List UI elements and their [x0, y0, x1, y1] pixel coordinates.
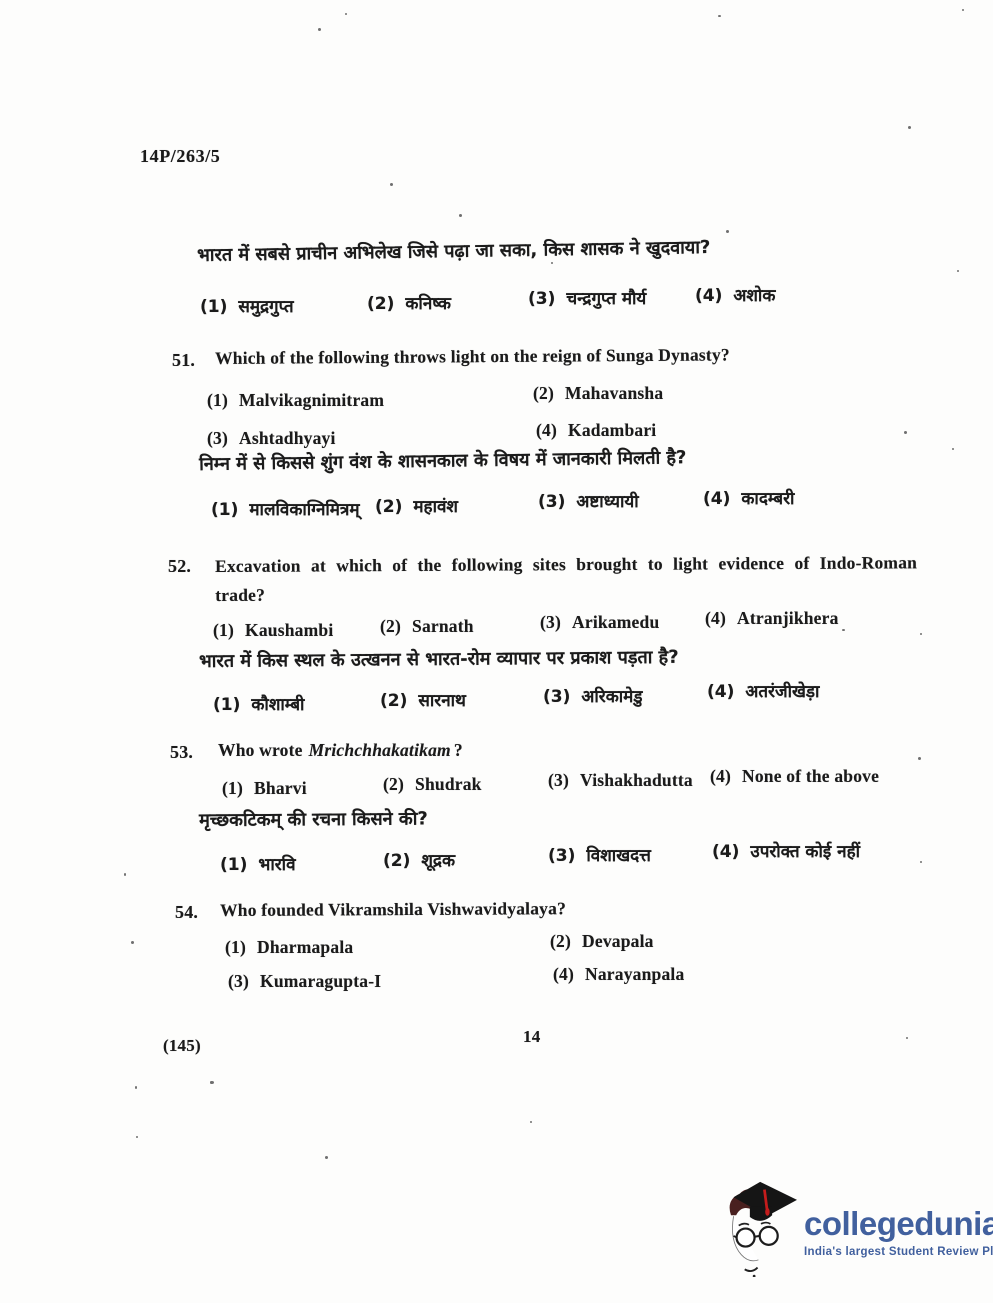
q50-option-2: (2)कनिष्क: [367, 291, 451, 314]
option-number: (2): [380, 616, 401, 637]
q54-option-4: (4)Narayanpala: [553, 964, 684, 985]
option-text: Vishakhadutta: [580, 770, 693, 790]
option-text: उपरोक्त कोई नहीं: [750, 842, 860, 862]
option-number: (3): [207, 428, 228, 449]
option-number: (3): [540, 612, 561, 633]
question-51-number: 51.: [172, 350, 195, 371]
question-53-english-text: Who wroteMrichchhakatikam?: [218, 740, 463, 761]
q51-hi-option-4: (4)कादम्बरी: [703, 486, 794, 509]
option-number: (4): [705, 608, 726, 629]
scan-speck: [318, 28, 321, 31]
scan-speck: [210, 1081, 214, 1084]
option-number: (3): [548, 846, 575, 866]
option-text: Sarnath: [412, 616, 474, 636]
question-54-number: 54.: [175, 902, 198, 923]
q53-en-option-2: (2)Shudrak: [383, 774, 482, 795]
scan-speck: [957, 270, 959, 272]
q50-option-4: (4)अशोक: [695, 283, 775, 306]
option-text: Narayanpala: [585, 964, 684, 984]
scan-speck: [390, 183, 393, 186]
q52-hi-option-1: (1)कौशाम्बी: [213, 692, 304, 715]
option-number: (1): [200, 297, 227, 317]
scan-speck: [906, 1037, 908, 1039]
mascot-glasses-icon: [737, 1229, 755, 1247]
scan-speck: [952, 448, 954, 450]
q53-hi-option-2: (2)शूद्रक: [383, 848, 455, 871]
option-text: अतरंजीखेड़ा: [745, 682, 819, 702]
q52-hi-option-4: (4)अतरंजीखेड़ा: [707, 679, 819, 702]
q52-en-option-2: (2)Sarnath: [380, 616, 474, 637]
question-51-hindi-text: निम्न में से किससे शुंग वंश के शासनकाल क…: [199, 445, 687, 476]
q51-en-option-3: (3)Ashtadhyayi: [207, 428, 336, 449]
question-52-hindi-text: भारत में किस स्थल के उत्खनन से भारत-रोम …: [199, 645, 679, 673]
option-number: (3): [538, 492, 565, 512]
option-text: Mahavansha: [565, 383, 663, 403]
option-text: अरिकामेडु: [581, 687, 642, 707]
option-number: (4): [553, 964, 574, 985]
q52-hi-option-2: (2)सारनाथ: [380, 688, 466, 711]
scan-speck: [459, 214, 462, 217]
scan-speck: [920, 861, 922, 863]
scan-speck: [718, 15, 721, 17]
logo-brand-text: collegedunia: [804, 1207, 993, 1240]
option-text: Ashtadhyayi: [239, 428, 336, 448]
paper-code: 14P/263/5: [140, 146, 220, 167]
collegedunia-logo: collegedunia .com India's largest Studen…: [722, 1181, 993, 1277]
option-number: (3): [228, 971, 249, 992]
q53-hi-option-3: (3)विशाखदत्त: [548, 843, 651, 866]
option-text: भारवि: [258, 855, 295, 875]
q53-hi-option-4: (4)उपरोक्त कोई नहीं: [712, 839, 860, 862]
scan-speck: [920, 633, 922, 635]
q52-hi-option-3: (3)अरिकामेडु: [543, 684, 642, 707]
q51-hi-option-3: (3)अष्टाध्यायी: [538, 489, 639, 512]
scan-speck: [124, 873, 126, 876]
option-number: (1): [222, 778, 243, 799]
option-number: (1): [211, 500, 238, 520]
option-number: (3): [548, 770, 569, 791]
option-text: None of the above: [742, 766, 879, 786]
scan-speck: [962, 9, 964, 11]
q53-en-option-3: (3)Vishakhadutta: [548, 770, 693, 791]
question-53-book-title: Mrichchhakatikam: [309, 740, 451, 760]
question-53-number: 53.: [170, 742, 193, 763]
option-text: सारनाथ: [418, 691, 466, 711]
option-number: (1): [213, 620, 234, 641]
option-text: शूद्रक: [421, 851, 455, 871]
option-text: Bharvi: [254, 778, 307, 798]
question-53-prefix: Who wrote: [218, 740, 303, 760]
option-text: कौशाम्बी: [251, 695, 304, 715]
option-number: (1): [220, 855, 247, 875]
option-text: अष्टाध्यायी: [576, 492, 638, 512]
option-number: (3): [543, 687, 570, 707]
q52-en-option-4: (4)Atranjikhera: [705, 608, 839, 629]
option-number: (2): [380, 691, 407, 711]
logo-tagline: India's largest Student Review Platform: [804, 1246, 993, 1258]
q52-en-option-3: (3)Arikamedu: [540, 612, 659, 633]
option-text: चन्द्रगुप्त मौर्य: [566, 289, 646, 309]
scan-speck: [136, 1136, 138, 1138]
option-text: महावंश: [413, 497, 458, 517]
option-number: (2): [550, 931, 571, 952]
question-52-english-text: Excavation at which of the following sit…: [215, 548, 917, 610]
option-text: Kumaragupta-I: [260, 971, 381, 991]
scan-speck: [135, 1086, 137, 1089]
question-53-hindi-text: मृच्छकटिकम् की रचना किसने की?: [199, 806, 428, 832]
scan-speck: [908, 126, 911, 129]
option-text: Kadambari: [568, 420, 656, 440]
option-text: कादम्बरी: [741, 489, 794, 509]
q53-en-option-1: (1)Bharvi: [222, 778, 307, 799]
page-number: 14: [523, 1027, 540, 1047]
option-text: मालविकाग्निमित्रम्: [249, 500, 359, 520]
option-text: समुद्रगुप्त: [238, 297, 293, 317]
option-number: (2): [367, 294, 394, 314]
option-number: (1): [225, 937, 246, 958]
option-text: कनिष्क: [405, 294, 451, 314]
option-text: Atranjikhera: [737, 608, 839, 628]
question-52-number: 52.: [168, 556, 191, 577]
option-number: (4): [536, 420, 557, 441]
option-number: (4): [703, 489, 730, 509]
scan-speck: [842, 629, 845, 631]
question-54-english-text: Who founded Vikramshila Vishwavidyalaya?: [220, 898, 566, 921]
option-number: (3): [528, 289, 555, 309]
option-number: (4): [707, 682, 734, 702]
booklet-code: (145): [163, 1036, 201, 1056]
question-50-hindi-text: भारत में सबसे प्राचीन अभिलेख जिसे पढ़ा ज…: [197, 235, 711, 267]
q51-en-option-2: (2)Mahavansha: [533, 383, 663, 404]
exam-paper-page: 14P/263/5 भारत में सबसे प्राचीन अभिलेख ज…: [0, 0, 993, 1303]
q51-en-option-1: (1)Malvikagnimitram: [207, 390, 384, 411]
q51-hi-option-2: (2)महावंश: [375, 494, 458, 517]
q53-en-option-4: (4)None of the above: [710, 766, 879, 787]
option-number: (2): [383, 851, 410, 871]
option-number: (2): [383, 774, 404, 795]
scan-speck: [131, 941, 134, 944]
q53-hi-option-1: (1)भारवि: [220, 852, 296, 875]
option-text: विशाखदत्त: [586, 846, 651, 866]
option-text: Kaushambi: [245, 620, 333, 640]
q51-hi-option-1: (1)मालविकाग्निमित्रम्: [211, 497, 360, 520]
question-53-suffix: ?: [454, 740, 463, 760]
option-number: (1): [213, 695, 240, 715]
option-number: (4): [712, 842, 739, 862]
option-number: (4): [695, 286, 722, 306]
scan-speck: [345, 13, 347, 15]
scan-speck: [918, 757, 921, 760]
option-number: (1): [207, 390, 228, 411]
option-text: Dharmapala: [257, 937, 353, 957]
option-text: अशोक: [733, 286, 775, 306]
scan-speck: [325, 1156, 328, 1159]
q51-en-option-4: (4)Kadambari: [536, 420, 656, 441]
option-number: (4): [710, 766, 731, 787]
option-text: Arikamedu: [572, 612, 659, 632]
scan-speck: [551, 262, 553, 264]
option-number: (2): [533, 383, 554, 404]
q52-en-option-1: (1)Kaushambi: [213, 620, 333, 641]
scan-speck: [726, 230, 729, 233]
scan-speck: [530, 1121, 532, 1123]
option-text: Malvikagnimitram: [239, 390, 384, 410]
option-text: Devapala: [582, 931, 654, 951]
option-number: (2): [375, 497, 402, 517]
q50-option-3: (3)चन्द्रगुप्त मौर्य: [528, 286, 646, 309]
graduate-mascot-icon: [722, 1181, 800, 1277]
q54-option-1: (1)Dharmapala: [225, 937, 353, 958]
q50-option-1: (1)समुद्रगुप्त: [200, 294, 294, 317]
scan-speck: [904, 431, 907, 434]
option-text: Shudrak: [415, 774, 482, 794]
q54-option-3: (3)Kumaragupta-I: [228, 971, 381, 992]
question-51-english-text: Which of the following throws light on t…: [215, 344, 730, 369]
q54-option-2: (2)Devapala: [550, 931, 654, 952]
